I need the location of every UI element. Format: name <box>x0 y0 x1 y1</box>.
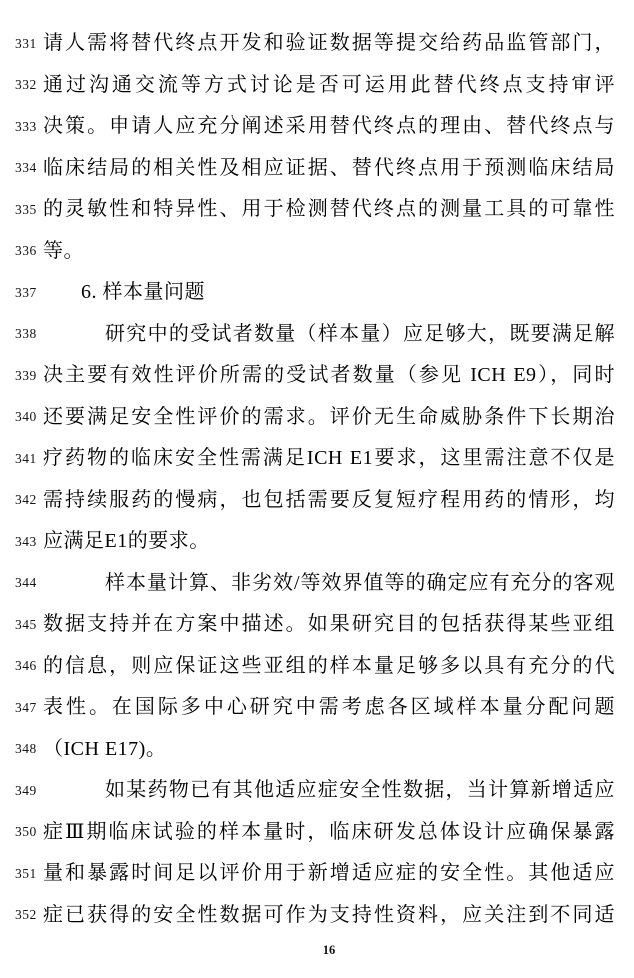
line-number: 341 <box>0 451 43 467</box>
line-number: 333 <box>0 119 43 135</box>
line-number: 343 <box>0 534 43 550</box>
line-number: 340 <box>0 409 43 425</box>
line-text: 表性。在国际多中心研究中需考虑各区域样本量分配问题 <box>43 687 634 729</box>
text-line: 344 样本量计算、非劣效/等效界值等的确定应有充分的客观 <box>0 563 634 605</box>
text-line: 342 需持续服药的慢病，也包括需要反复短疗程用药的情形，均 <box>0 480 634 522</box>
line-number: 346 <box>0 658 43 674</box>
line-number: 349 <box>0 783 43 799</box>
line-text: 样本量计算、非劣效/等效界值等的确定应有充分的客观 <box>43 563 634 605</box>
text-line: 341 疗药物的临床安全性需满足ICH E1要求，这里需注意不仅是 <box>0 438 634 480</box>
text-line: 351 量和暴露时间足以评价用于新增适应症的安全性。其他适应 <box>0 853 634 895</box>
line-number: 344 <box>0 575 43 591</box>
line-text: 的灵敏性和特异性、用于检测替代终点的测量工具的可靠性 <box>43 189 634 231</box>
line-text: 如某药物已有其他适应症安全性数据，当计算新增适应 <box>43 770 634 812</box>
line-text: 症已获得的安全性数据可作为支持性资料，应关注到不同适 <box>43 895 634 937</box>
line-text: 疗药物的临床安全性需满足ICH E1要求，这里需注意不仅是 <box>43 438 634 480</box>
line-text: 通过沟通交流等方式讨论是否可运用此替代终点支持审评 <box>43 65 634 107</box>
line-number: 347 <box>0 700 43 716</box>
line-text: 决主要有效性评价所需的受试者数量（参见 ICH E9），同时 <box>43 355 634 397</box>
text-line: 348 （ICH E17)。 <box>0 729 634 771</box>
text-line: 335 的灵敏性和特异性、用于检测替代终点的测量工具的可靠性 <box>0 189 634 231</box>
text-line: 346 的信息，则应保证这些亚组的样本量足够多以具有充分的代 <box>0 646 634 688</box>
line-number: 331 <box>0 36 43 52</box>
text-line: 336 等。 <box>0 231 634 273</box>
line-text: 还要满足安全性评价的需求。评价无生命威胁条件下长期治 <box>43 397 634 439</box>
line-number: 339 <box>0 368 43 384</box>
line-text: 症Ⅲ期临床试验的样本量时，临床研发总体设计应确保暴露 <box>43 812 634 854</box>
line-text: 等。 <box>43 231 634 273</box>
line-text: 应满足E1的要求。 <box>43 521 634 563</box>
line-number: 351 <box>0 866 43 882</box>
document-page: 331 请人需将替代终点开发和验证数据等提交给药品监管部门， 332 通过沟通交… <box>0 0 634 978</box>
line-number: 335 <box>0 202 43 218</box>
line-text: 请人需将替代终点开发和验证数据等提交给药品监管部门， <box>43 23 634 65</box>
section-heading-line: 337 6. 样本量问题 <box>0 272 634 314</box>
text-line: 332 通过沟通交流等方式讨论是否可运用此替代终点支持审评 <box>0 65 634 107</box>
section-heading: 6. 样本量问题 <box>43 272 634 314</box>
text-line: 334 临床结局的相关性及相应证据、替代终点用于预测临床结局 <box>0 148 634 190</box>
line-number: 336 <box>0 243 43 259</box>
text-line: 340 还要满足安全性评价的需求。评价无生命威胁条件下长期治 <box>0 397 634 439</box>
text-line: 345 数据支持并在方案中描述。如果研究目的包括获得某些亚组 <box>0 604 634 646</box>
line-number: 348 <box>0 741 43 757</box>
line-text: 临床结局的相关性及相应证据、替代终点用于预测临床结局 <box>43 148 634 190</box>
line-number: 338 <box>0 326 43 342</box>
line-number: 337 <box>0 285 43 301</box>
line-text: 量和暴露时间足以评价用于新增适应症的安全性。其他适应 <box>43 853 634 895</box>
line-number: 332 <box>0 77 43 93</box>
text-line: 331 请人需将替代终点开发和验证数据等提交给药品监管部门， <box>0 23 634 65</box>
text-line: 350 症Ⅲ期临床试验的样本量时，临床研发总体设计应确保暴露 <box>0 812 634 854</box>
text-line: 349 如某药物已有其他适应症安全性数据，当计算新增适应 <box>0 770 634 812</box>
line-number: 352 <box>0 907 43 923</box>
line-number: 350 <box>0 824 43 840</box>
line-number: 342 <box>0 492 43 508</box>
line-text: 需持续服药的慢病，也包括需要反复短疗程用药的情形，均 <box>43 480 634 522</box>
text-line: 352 症已获得的安全性数据可作为支持性资料，应关注到不同适 <box>0 895 634 937</box>
text-line: 339 决主要有效性评价所需的受试者数量（参见 ICH E9），同时 <box>0 355 634 397</box>
line-text: （ICH E17)。 <box>43 729 634 771</box>
text-line: 347 表性。在国际多中心研究中需考虑各区域样本量分配问题 <box>0 687 634 729</box>
line-number: 345 <box>0 617 43 633</box>
line-number: 334 <box>0 160 43 176</box>
text-line: 343 应满足E1的要求。 <box>0 521 634 563</box>
page-number: 16 <box>43 943 615 958</box>
line-text: 的信息，则应保证这些亚组的样本量足够多以具有充分的代 <box>43 646 634 688</box>
text-line: 333 决策。申请人应充分阐述采用替代终点的理由、替代终点与 <box>0 106 634 148</box>
text-line: 338 研究中的受试者数量（样本量）应足够大，既要满足解 <box>0 314 634 356</box>
line-text: 研究中的受试者数量（样本量）应足够大，既要满足解 <box>43 314 634 356</box>
line-text: 决策。申请人应充分阐述采用替代终点的理由、替代终点与 <box>43 106 634 148</box>
line-text: 数据支持并在方案中描述。如果研究目的包括获得某些亚组 <box>43 604 634 646</box>
